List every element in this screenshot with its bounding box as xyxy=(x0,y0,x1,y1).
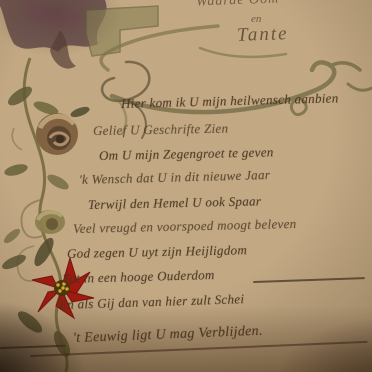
manuscript-photo: Waarde Oom en Tante Hier kom ik U mijn h… xyxy=(0,0,372,372)
rosebud-icon xyxy=(35,210,65,234)
floral-garland-icon xyxy=(0,58,94,372)
heading-tante: Tante xyxy=(237,23,289,47)
frame-corner-band-icon xyxy=(86,6,158,56)
verse-line: Gelief U Geschrifte Zien xyxy=(93,121,229,139)
painted-decorations xyxy=(0,0,372,372)
